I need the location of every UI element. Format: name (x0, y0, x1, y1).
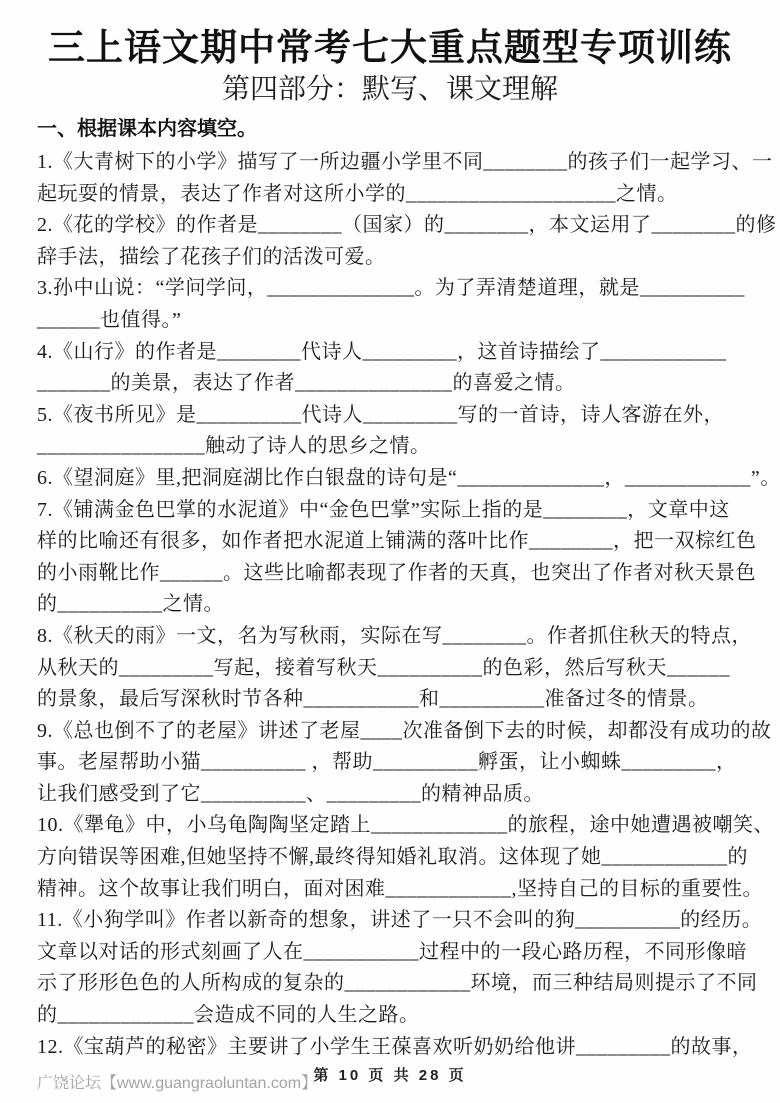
question-line: 事。老屋帮助小猫__________ ，帮助__________孵蛋，让小蜘蛛_… (37, 747, 745, 779)
question-line: 11.《小狗学叫》作者以新奇的想象，讲述了一只不会叫的狗__________的经… (37, 905, 745, 937)
question-line: 2.《花的学校》的作者是________（国家）的________，本文运用了_… (37, 210, 745, 242)
question-line: 方向错误等困难,但她坚持不懈,最终得知婚礼取消。这体现了她___________… (37, 842, 745, 874)
question-line: 4.《山行》的作者是________代诗人_________，这首诗描绘了___… (37, 337, 745, 369)
question-line: 8.《秋天的雨》一文，名为写秋雨，实际在写________。作者抓住秋天的特点， (37, 621, 745, 653)
question-line: 3.孙中山说：“学问学问，______________。为了弄清楚道理，就是__… (37, 273, 745, 305)
page-subtitle: 第四部分：默写、课文理解 (20, 73, 760, 107)
worksheet-page: 三上语文期中常考七大重点题型专项训练 第四部分：默写、课文理解 一、根据课本内容… (0, 0, 780, 1103)
question-line: 精神。这个故事让我们明白，面对困难____________,坚持自己的目标的重要… (37, 874, 745, 906)
question-line: 12.《宝葫芦的秘密》主要讲了小学生王葆喜欢听奶奶给他讲_________的故事… (37, 1032, 745, 1064)
question-line: 7.《铺满金色巴掌的水泥道》中“金色巴掌”实际上指的是________，文章中这 (37, 495, 745, 527)
question-line: 的景象，最后写深秋时节各种___________和__________准备过冬的… (37, 684, 745, 716)
question-line: 让我们感受到了它__________、_________的精神品质。 (37, 779, 745, 811)
question-line: 10.《犟龟》中，小乌龟陶陶坚定踏上_____________的旅程，途中她遭遇… (37, 810, 745, 842)
page-title: 三上语文期中常考七大重点题型专项训练 (20, 26, 760, 70)
section-heading: 一、根据课本内容填空。 (37, 116, 743, 142)
question-line: 从秋天的_________写起，接着写秋天__________的色彩，然后写秋天… (37, 653, 745, 685)
question-line: 辞手法，描绘了花孩子们的活泼可爱。 (37, 242, 745, 274)
question-line: 6.《望洞庭》里,把洞庭湖比作白银盘的诗句是“______________，__… (37, 463, 745, 495)
question-line: 起玩耍的情景，表达了作者对这所小学的____________________之情… (37, 179, 745, 211)
question-line: 1.《大青树下的小学》描写了一所边疆小学里不同________的孩子们一起学习、… (37, 147, 745, 179)
questions: 1.《大青树下的小学》描写了一所边疆小学里不同________的孩子们一起学习、… (37, 147, 745, 1063)
question-line: 示了形形色色的人所构成的复杂的____________环境，而三种结局则提示了不… (37, 968, 745, 1000)
question-line: _______的美景，表达了作者_______________的喜爱之情。 (37, 368, 745, 400)
question-line: 样的比喻还有很多，如作者把水泥道上铺满的落叶比作________，把一双棕红色 (37, 526, 745, 558)
question-line: 的_____________会造成不同的人生之路。 (37, 1000, 745, 1032)
question-line: 5.《夜书所见》是__________代诗人_________写的一首诗，诗人客… (37, 400, 745, 432)
question-line: ________________触动了诗人的思乡之情。 (37, 431, 745, 463)
question-line: 的小雨靴比作______。这些比喻都表现了作者的天真，也突出了作者对秋天景色 (37, 558, 745, 590)
question-line: 9.《总也倒不了的老屋》讲述了老屋____次准备倒下去的时候，却都没有成功的故 (37, 716, 745, 748)
question-line: 文章以对话的形式刻画了人在___________过程中的一段心路历程，不同形像暗 (37, 937, 745, 969)
footer-page-number: 第 10 页 共 28 页 (0, 1064, 780, 1085)
question-line: ______也值得。” (37, 305, 745, 337)
question-line: 的__________之情。 (37, 589, 745, 621)
